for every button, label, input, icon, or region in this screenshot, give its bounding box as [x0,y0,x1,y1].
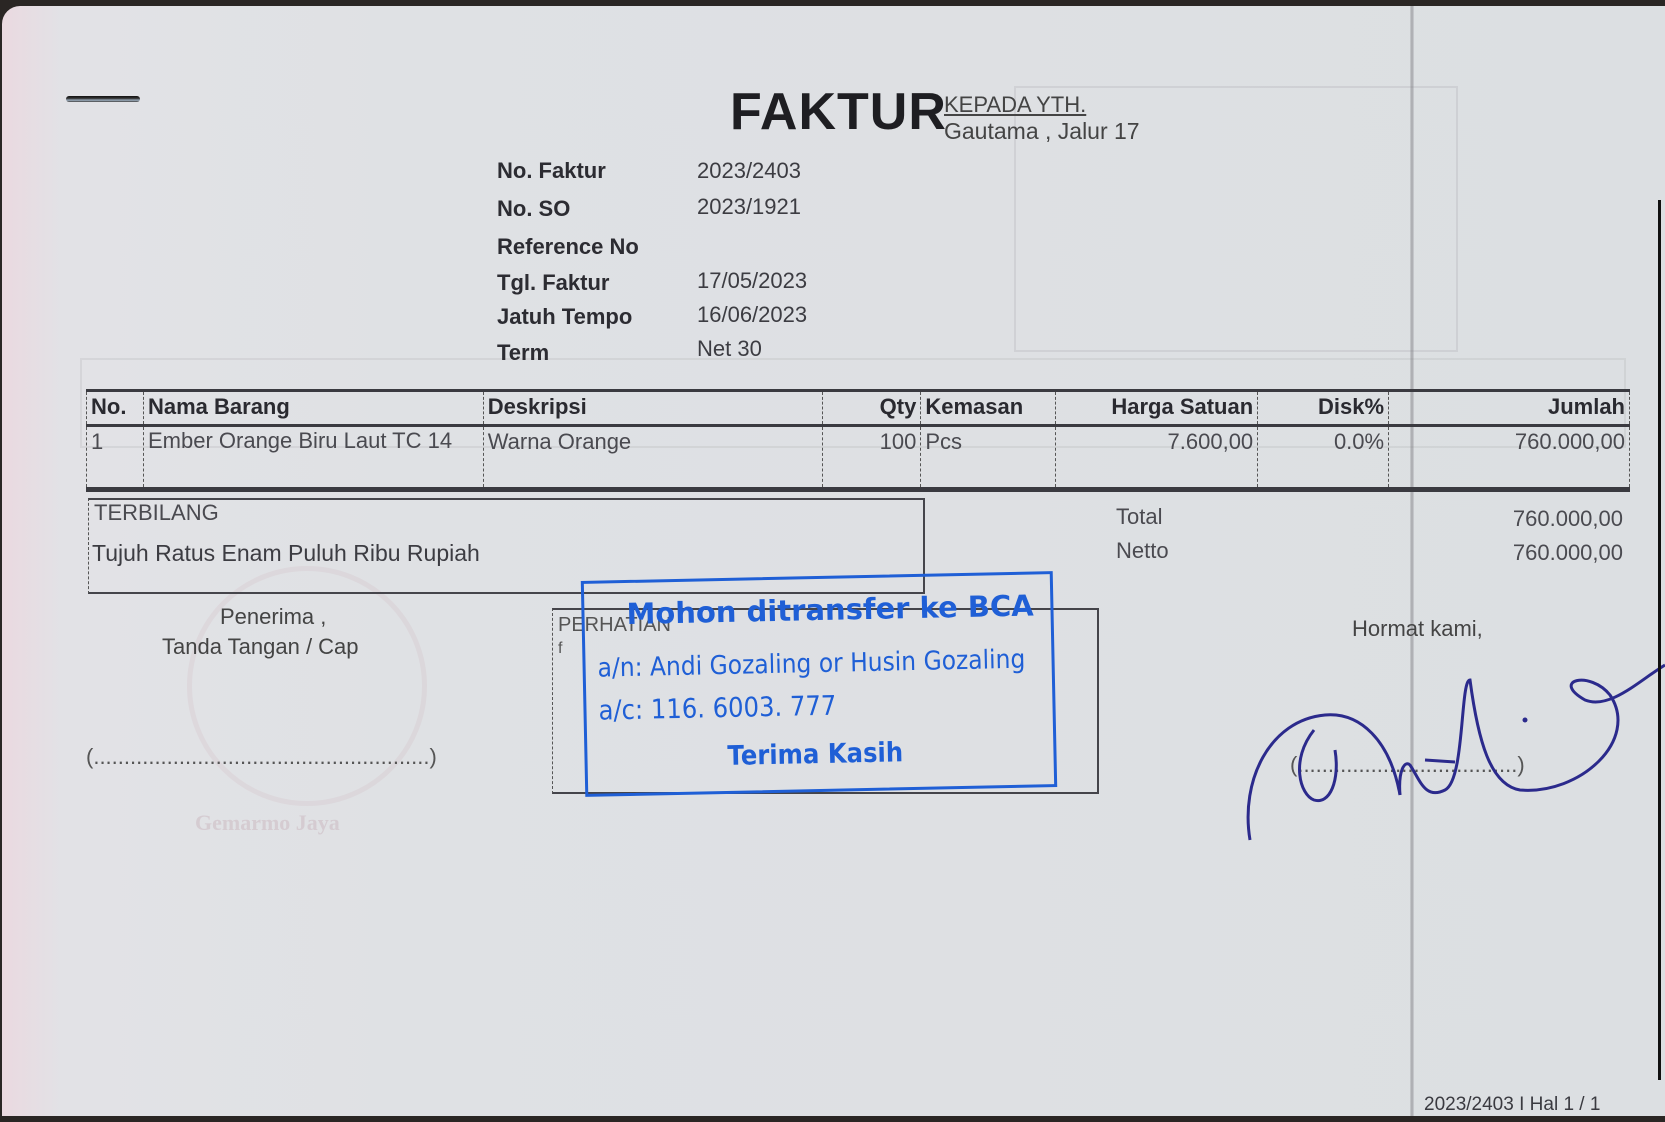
cell-deskripsi: Warna Orange [483,426,823,490]
column-header-disk: Disk% [1258,391,1389,426]
cell-nama-barang: Ember Orange Biru Laut TC 14 [143,426,483,490]
receiver-sign-label: Tanda Tangan / Cap [162,634,359,660]
cell-harga-satuan: 7.600,00 [1056,426,1258,490]
stamp-line-thanks: Terima Kasih [727,737,903,772]
terbilang-label: TERBILANG [94,500,219,526]
stamp-line-account-number: a/c: 116. 6003. 777 [598,691,836,727]
total-value: 760.000,00 [1513,506,1623,532]
table-header-row: No. Nama Barang Deskripsi Qty Kemasan Ha… [87,391,1630,426]
column-header-no: No. [87,391,144,426]
cell-jumlah: 760.000,00 [1389,426,1630,490]
stamp-line-account-name: a/n: Andi Gozaling or Husin Gozaling [597,645,1025,684]
recipient-name: Gautama , Jalur 17 [944,118,1140,145]
cell-kemasan: Pcs [921,426,1056,490]
meta-value-no-faktur: 2023/2403 [697,158,801,184]
column-header-qty: Qty [823,391,921,426]
receiver-label: Penerima , [220,604,326,630]
netto-value: 760.000,00 [1513,540,1623,566]
staple-icon [66,96,140,102]
column-header-jumlah: Jumlah [1389,391,1630,426]
stamp-line-transfer: Mohon ditransfer ke BCA [626,588,1034,631]
meta-label-reference: Reference No [497,234,639,260]
document-title: FAKTUR [730,82,947,142]
meta-value-tgl-faktur: 17/05/2023 [697,268,807,294]
cell-disk: 0.0% [1258,426,1389,490]
column-header-deskripsi: Deskripsi [483,391,823,426]
meta-label-term: Term [497,340,549,366]
items-table: No. Nama Barang Deskripsi Qty Kemasan Ha… [86,389,1630,492]
column-header-kemasan: Kemasan [921,391,1056,426]
bleed-through-stamp [187,566,427,806]
bank-transfer-stamp: Mohon ditransfer ke BCA a/n: Andi Gozali… [581,571,1057,797]
meta-value-no-so: 2023/1921 [697,194,801,220]
meta-value-jatuh-tempo: 16/06/2023 [697,302,807,328]
paper-fold-line [1410,6,1414,1116]
table-row: 1 Ember Orange Biru Laut TC 14 Warna Ora… [87,426,1630,490]
meta-label-no-so: No. SO [497,196,570,222]
column-header-harga-satuan: Harga Satuan [1056,391,1258,426]
cell-qty: 100 [823,426,921,490]
meta-label-jatuh-tempo: Jatuh Tempo [497,304,632,330]
recipient-label: KEPADA YTH. [944,92,1086,118]
meta-label-tgl-faktur: Tgl. Faktur [497,270,609,296]
paper-edge-shadow [1658,200,1661,1080]
handwritten-signature [1230,620,1665,850]
cell-no: 1 [87,426,144,490]
page-footer: 2023/2403 I Hal 1 / 1 [1424,1094,1600,1116]
perhatian-note: f [558,640,562,658]
bleed-through-stamp-text: Gemarmo Jaya [195,810,340,836]
meta-value-term: Net 30 [697,336,762,362]
terbilang-text: Tujuh Ratus Enam Puluh Ribu Rupiah [92,540,480,567]
receiver-signature-line: (.......................................… [86,744,437,770]
netto-label: Netto [1116,538,1169,564]
column-header-nama-barang: Nama Barang [143,391,483,426]
total-label: Total [1116,504,1162,530]
meta-label-no-faktur: No. Faktur [497,158,606,184]
